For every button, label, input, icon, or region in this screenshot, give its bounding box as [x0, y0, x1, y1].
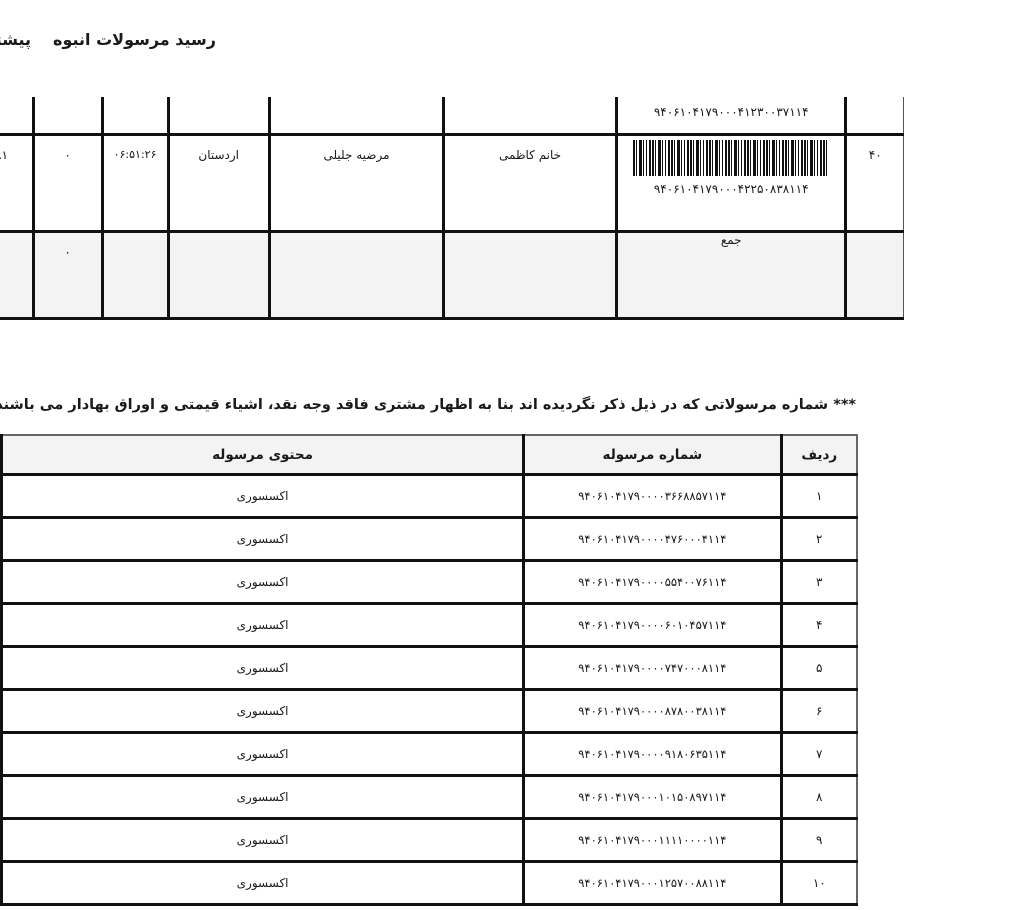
title-main: رسید مرسولات انبوه — [53, 30, 216, 49]
contents-cell: اکسسوری — [2, 733, 524, 776]
row-number-cell: ۶ — [781, 690, 857, 733]
contents-cell: اکسسوری — [2, 475, 524, 518]
row-number-cell: ۱ — [781, 475, 857, 518]
table-row: ۶ ۹۴۰۶۱۰۴۱۷۹۰۰۰۰۸۷۸۰۰۳۸۱۱۴ اکسسوری — [2, 690, 858, 733]
barcode-cell: ۹۴۰۶۱۰۴۱۷۹۰۰۰۴۲۲۵۰۸۳۸۱۱۴ — [617, 135, 846, 232]
total-label: جمع — [617, 232, 846, 319]
total-amount: ۰ — [33, 232, 102, 319]
row-number-cell: ۵ — [781, 647, 857, 690]
table-row: ۷ ۹۴۰۶۱۰۴۱۷۹۰۰۰۰۹۱۸۰۶۳۵۱۱۴ اکسسوری — [2, 733, 858, 776]
contents-cell: اکسسوری — [2, 561, 524, 604]
recipient-cell: مرضیه جلیلی — [269, 135, 443, 232]
title-service: پیشتاز — [0, 30, 31, 49]
sender-cell: خانم کاظمی — [444, 135, 617, 232]
time-cell: ۰۶:۵۱:۲۶ — [102, 135, 168, 232]
tracking-number-cell: ۹۴۰۶۱۰۴۱۷۹۰۰۰۰۷۴۷۰۰۰۸۱۱۴ — [524, 647, 781, 690]
page-title: رسید مرسولات انبوهپیشتاز — [0, 30, 216, 49]
tracking-number: ۹۴۰۶۱۰۴۱۷۹۰۰۰۴۲۲۵۰۸۳۸۱۱۴ — [618, 182, 844, 196]
barcode-cell: ۹۴۰۶۱۰۴۱۷۹۰۰۰۴۱۲۳۰۰۳۷۱۱۴ — [617, 97, 846, 135]
destination-cell: اردستان — [168, 135, 269, 232]
row-number-cell: ۲ — [781, 518, 857, 561]
row-number-cell — [846, 97, 904, 135]
contents-cell: اکسسوری — [2, 862, 524, 905]
row-number-cell: ۳ — [781, 561, 857, 604]
contents-cell: اکسسوری — [2, 604, 524, 647]
declaration-note: *** شماره مرسولاتی که در ذیل ذکر نگردیده… — [0, 397, 856, 413]
tracking-number-cell: ۹۴۰۶۱۰۴۱۷۹۰۰۰۰۴۷۶۰۰۰۴۱۱۴ — [524, 518, 781, 561]
tracking-number: ۹۴۰۶۱۰۴۱۷۹۰۰۰۴۱۲۳۰۰۳۷۱۱۴ — [618, 97, 844, 119]
contents-cell: اکسسوری — [2, 819, 524, 862]
contents-table: ردیف شماره مرسوله محتوی مرسوله ۱ ۹۴۰۶۱۰۴… — [0, 434, 858, 906]
table-row: ۸ ۹۴۰۶۱۰۴۱۷۹۰۰۰۱۰۱۵۰۸۹۷۱۱۴ اکسسوری — [2, 776, 858, 819]
row-number-cell: ۹ — [781, 819, 857, 862]
tracking-number-cell: ۹۴۰۶۱۰۴۱۷۹۰۰۰۱۱۱۱۰۰۰۰۱۱۴ — [524, 819, 781, 862]
row-number-cell: ۴ — [781, 604, 857, 647]
row-number-cell: ۴۰ — [846, 135, 904, 232]
row-number-cell: ۸ — [781, 776, 857, 819]
table-row: ۹ ۹۴۰۶۱۰۴۱۷۹۰۰۰۱۱۱۱۰۰۰۰۱۱۴ اکسسوری — [2, 819, 858, 862]
header-tracking-number: شماره مرسوله — [524, 435, 781, 475]
table-row: ۱۰ ۹۴۰۶۱۰۴۱۷۹۰۰۰۱۲۵۷۰۰۸۸۱۱۴ اکسسوری — [2, 862, 858, 905]
table-row: ۳ ۹۴۰۶۱۰۴۱۷۹۰۰۰۰۵۵۴۰۰۷۶۱۱۴ اکسسوری — [2, 561, 858, 604]
tracking-number-cell: ۹۴۰۶۱۰۴۱۷۹۰۰۰۰۳۶۶۸۸۵۷۱۱۴ — [524, 475, 781, 518]
row-number-cell: ۱۰ — [781, 862, 857, 905]
cut-off-cell: ۸۱ — [0, 135, 33, 232]
tracking-number-cell: ۹۴۰۶۱۰۴۱۷۹۰۰۰۱۲۵۷۰۰۸۸۱۱۴ — [524, 862, 781, 905]
table-header-row: ردیف شماره مرسوله محتوی مرسوله — [2, 435, 858, 475]
table-row-previous: ۹۴۰۶۱۰۴۱۷۹۰۰۰۴۱۲۳۰۰۳۷۱۱۴ — [0, 97, 904, 135]
tracking-number-cell: ۹۴۰۶۱۰۴۱۷۹۰۰۰۰۸۷۸۰۰۳۸۱۱۴ — [524, 690, 781, 733]
header-contents: محتوی مرسوله — [2, 435, 524, 475]
row-number-cell: ۷ — [781, 733, 857, 776]
table-row: ۴۰ ۹۴۰۶۱۰۴۱۷۹۰۰۰۴۲۲۵۰۸۳۸۱۱۴ خانم کاظمی م… — [0, 135, 904, 232]
contents-cell: اکسسوری — [2, 518, 524, 561]
total-row: جمع ۰ — [0, 232, 904, 319]
shipments-table: ۹۴۰۶۱۰۴۱۷۹۰۰۰۴۱۲۳۰۰۳۷۱۱۴ ۴۰ ۹۴۰۶۱۰۴۱۷۹۰۰… — [0, 97, 904, 320]
table-row: ۲ ۹۴۰۶۱۰۴۱۷۹۰۰۰۰۴۷۶۰۰۰۴۱۱۴ اکسسوری — [2, 518, 858, 561]
header-row-number: ردیف — [781, 435, 857, 475]
contents-cell: اکسسوری — [2, 690, 524, 733]
tracking-number-cell: ۹۴۰۶۱۰۴۱۷۹۰۰۰۰۵۵۴۰۰۷۶۱۱۴ — [524, 561, 781, 604]
table-row: ۱ ۹۴۰۶۱۰۴۱۷۹۰۰۰۰۳۶۶۸۸۵۷۱۱۴ اکسسوری — [2, 475, 858, 518]
amount-cell: ۰ — [33, 135, 102, 232]
tracking-number-cell: ۹۴۰۶۱۰۴۱۷۹۰۰۰۰۶۰۱۰۴۵۷۱۱۴ — [524, 604, 781, 647]
contents-cell: اکسسوری — [2, 647, 524, 690]
table-row: ۴ ۹۴۰۶۱۰۴۱۷۹۰۰۰۰۶۰۱۰۴۵۷۱۱۴ اکسسوری — [2, 604, 858, 647]
contents-cell: اکسسوری — [2, 776, 524, 819]
tracking-number-cell: ۹۴۰۶۱۰۴۱۷۹۰۰۰۱۰۱۵۰۸۹۷۱۱۴ — [524, 776, 781, 819]
tracking-number-cell: ۹۴۰۶۱۰۴۱۷۹۰۰۰۰۹۱۸۰۶۳۵۱۱۴ — [524, 733, 781, 776]
table-row: ۵ ۹۴۰۶۱۰۴۱۷۹۰۰۰۰۷۴۷۰۰۰۸۱۱۴ اکسسوری — [2, 647, 858, 690]
barcode-image — [633, 140, 829, 176]
